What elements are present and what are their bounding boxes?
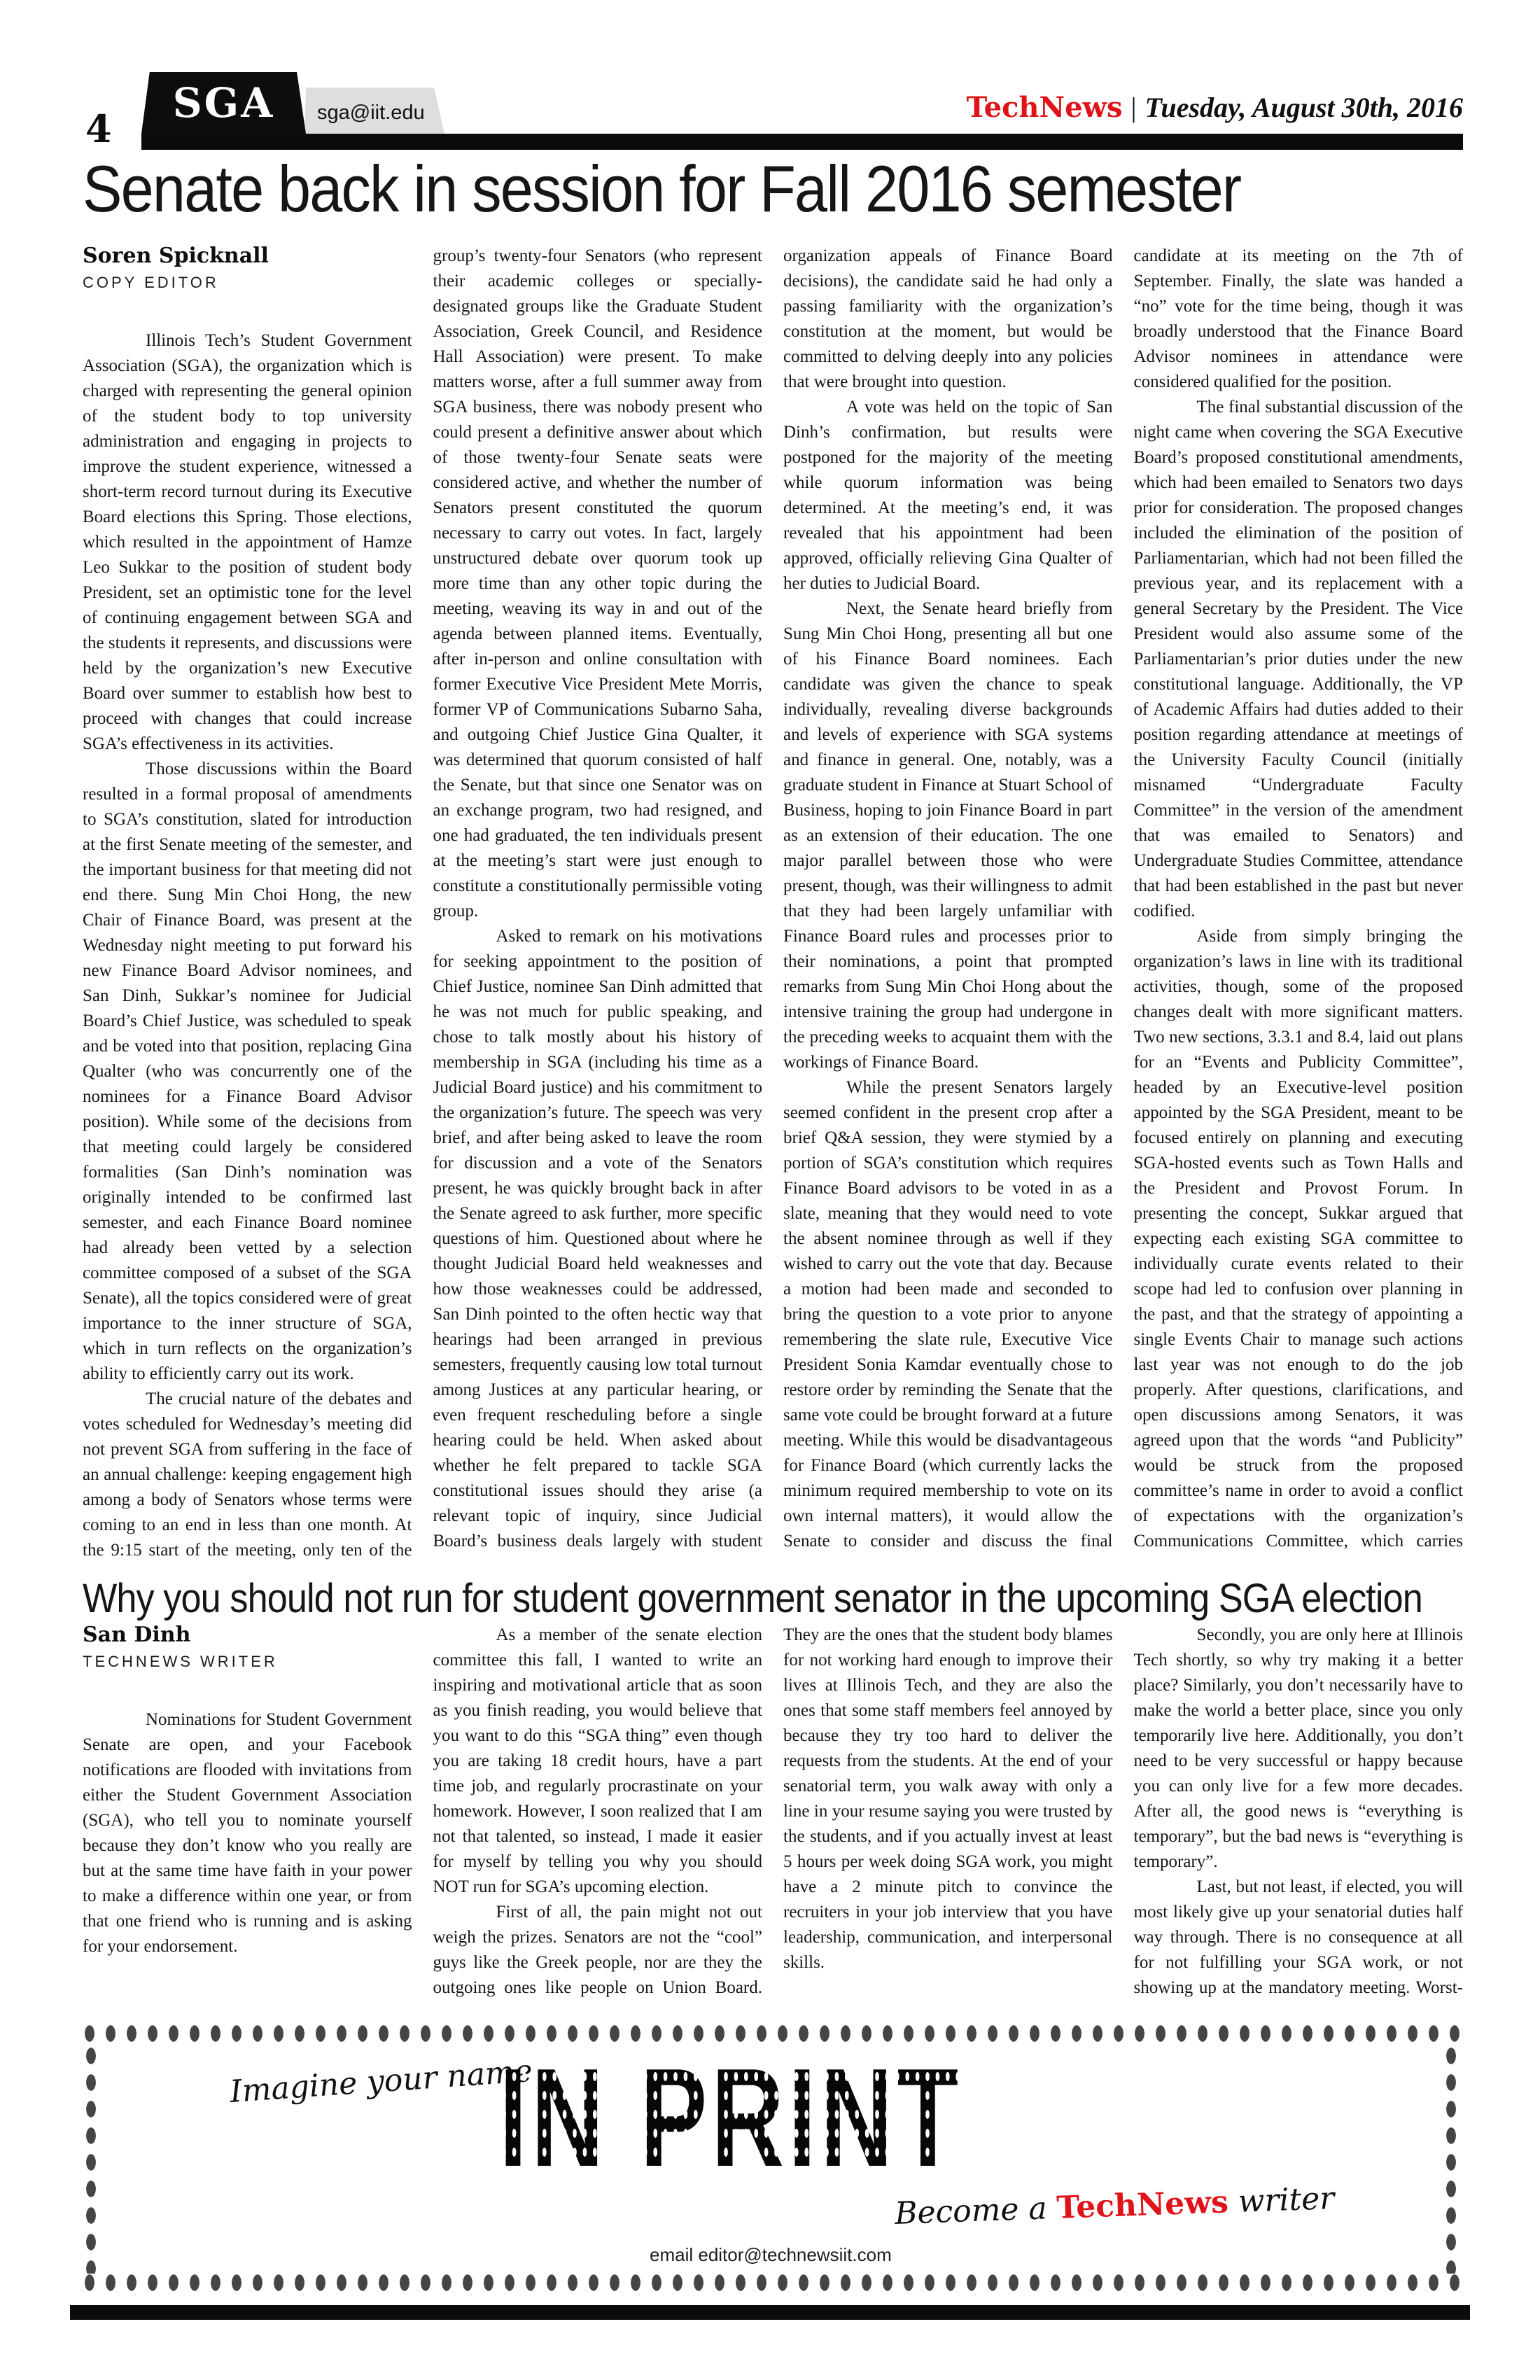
page-number: 4 [85, 106, 112, 151]
masthead-separator: | [1130, 92, 1136, 123]
house-ad: Imagine your name IN PRINT Become aTechN… [79, 2022, 1463, 2295]
byline-author: San Dinh [83, 1623, 412, 1647]
ad-become-suffix: writer [1238, 2180, 1335, 2220]
sga-section-logo: SGA [141, 72, 306, 134]
bottom-rule [70, 2305, 1470, 2320]
paragraph: Next, the Senate heard briefly from Sung… [783, 596, 1113, 1075]
article1-byline: Soren Spicknall COPY EDITOR [83, 244, 412, 292]
article2-headline: Why you should not run for student gover… [83, 1575, 1406, 1622]
section-email-badge: sga@iit.edu [304, 87, 444, 134]
byline-author: Soren Spicknall [83, 244, 412, 268]
section-name: SGA [173, 79, 274, 127]
ad-email: email editor@technewsiit.com [650, 2244, 892, 2266]
article2-byline: San Dinh TECHNEWS WRITER [83, 1623, 412, 1671]
article2-body: San Dinh TECHNEWS WRITER Nominations for… [83, 1623, 1463, 2006]
article2-paragraphs: Nominations for Student Government Senat… [83, 1623, 1463, 2006]
section-email: sga@iit.edu [317, 101, 425, 125]
masthead: TechNews|Tuesday, August 30th, 2016 [966, 91, 1463, 124]
paragraph: Those discussions within the Board resul… [83, 757, 412, 1387]
marquee-dots-overlay [499, 2048, 962, 2188]
article1-headline: Senate back in session for Fall 2016 sem… [83, 151, 1380, 227]
byline-author-title: COPY EDITOR [83, 274, 412, 292]
ad-become-prefix: Become a [894, 2190, 1047, 2232]
masthead-date: Tuesday, August 30th, 2016 [1144, 92, 1463, 123]
paragraph: Illinois Tech’s Student Government Assoc… [83, 328, 412, 757]
article1-body: Soren Spicknall COPY EDITOR Illinois Tec… [83, 244, 1463, 1567]
newspaper-page: 4 sga@iit.edu SGA TechNews|Tuesday, Augu… [0, 0, 1540, 2380]
ad-inprint: IN PRINT [499, 2048, 962, 2188]
paragraph: The final substantial discussion of the … [1134, 395, 1464, 924]
article1-paragraphs: Illinois Tech’s Student Government Assoc… [83, 244, 1463, 1567]
dotted-border-right [1439, 2043, 1463, 2274]
dotted-border-bottom [79, 2271, 1463, 2295]
masthead-title: TechNews [966, 91, 1122, 124]
byline-author-title: TECHNEWS WRITER [83, 1653, 412, 1671]
ad-brand: TechNews [1056, 2184, 1229, 2226]
dotted-border-left [79, 2043, 103, 2274]
ad-script-line: Imagine your name [229, 2053, 533, 2110]
paragraph: As a member of the senate election commi… [433, 1623, 763, 1900]
paragraph: Secondly, you are only here at Illinois … [1134, 1623, 1464, 1875]
paragraph: A vote was held on the topic of San Dinh… [783, 395, 1113, 596]
header-rule [141, 134, 1463, 150]
paragraph: Nominations for Student Government Senat… [83, 1707, 412, 1959]
